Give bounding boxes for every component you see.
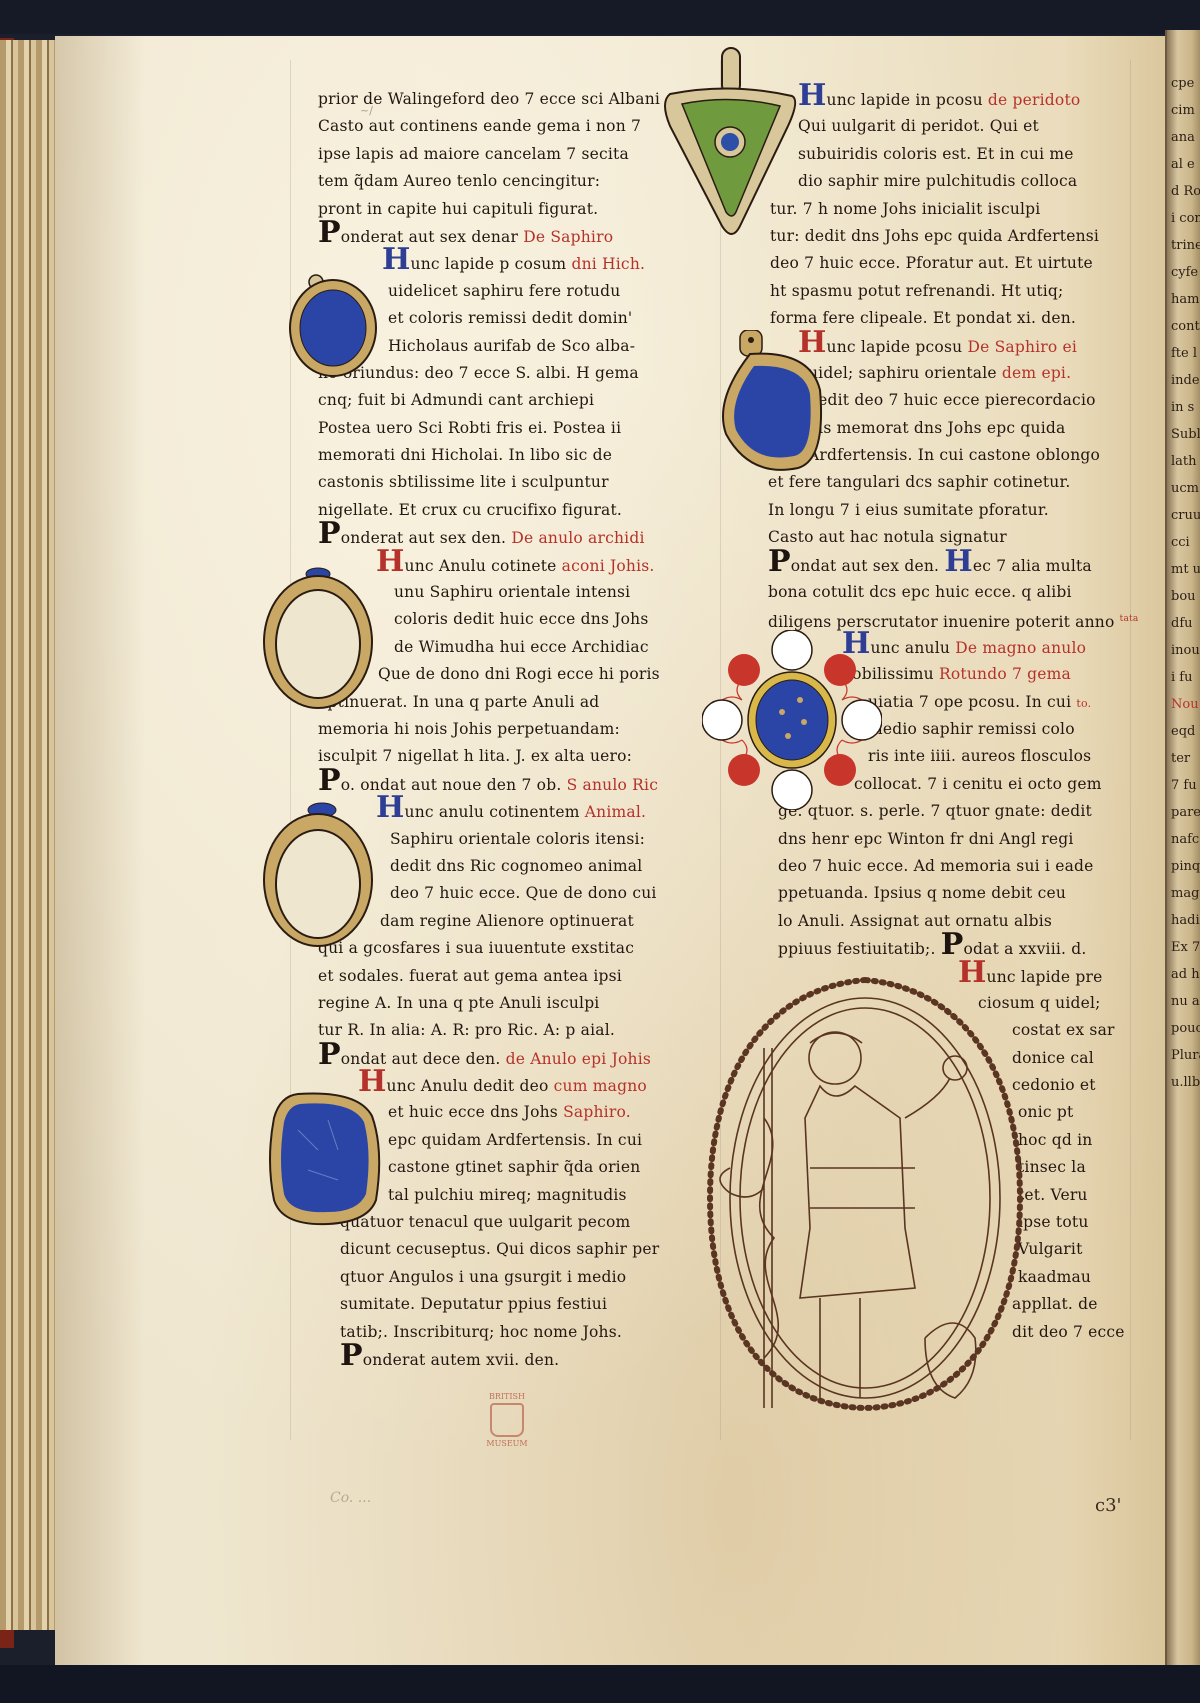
text-line: Po. ondat aut noue den 7 ob. S anulo Ric [318, 771, 660, 798]
text-line: tem q̃dam Aureo tenlo cencingitur: [318, 168, 660, 195]
rubric: Rotundo 7 gema [939, 665, 1071, 683]
peridot-pendant-illustration [660, 46, 800, 246]
foliation-mark: c3' [1095, 1495, 1121, 1516]
text-line: Ponderat aut sex denar De Saphiro [318, 223, 660, 250]
initial-capital: P [340, 1338, 363, 1373]
gutter-shadow [55, 36, 145, 1666]
initial-capital: P [318, 516, 341, 551]
text-line: dicunt cecuseptus. Qui dicos saphir per [318, 1236, 660, 1263]
great-ring-illustration [702, 630, 882, 810]
text-line: deo 7 huic ecce. Ad memoria sui i eade [778, 853, 1138, 880]
text-line: regine A. In una q pte Anuli isculpi [318, 990, 660, 1017]
text-line: subuiridis coloris est. Et in cui me [798, 141, 1138, 168]
text-line: In longu 7 i eius sumitate pforatur. [768, 497, 1138, 524]
text-line: Casto aut continens eande gema i non 7 [318, 113, 660, 140]
initial-capital: P [768, 544, 791, 579]
rubric: de peridoto [988, 91, 1081, 109]
text-line: Ardfertensis. In cui castone oblongo [798, 442, 1138, 469]
rubric: De Saphiro [523, 228, 613, 246]
initial-capital: P [318, 763, 341, 798]
page-edges-left [0, 40, 60, 1630]
square-sapphire-ring-illustration [268, 1090, 388, 1230]
triangular-sapphire-pendant-illustration [720, 330, 830, 480]
text-line: bona cotulit dcs epc huic ecce. q alibi [768, 579, 1138, 606]
text-line: Qui uulgarit di peridot. Qui et [798, 113, 1138, 140]
rubric: tata [1120, 614, 1139, 624]
initial-capital: H [944, 544, 973, 579]
text-line: castonis sbtilissime lite i sculpuntur [318, 469, 660, 496]
rubric: aconi Johis. [562, 557, 655, 575]
text-line: ipse lapis ad maiore cancelam 7 secita [318, 141, 660, 168]
text-line: uidel; saphiru orientale dem epi. [798, 360, 1138, 387]
text-line: tur. 7 h nome Johs inicialit isculpi [770, 196, 1138, 223]
adjacent-page-text: cpecimana al ed Robi cond trinecyfeham c… [1171, 70, 1200, 1096]
text-line: dns henr epc Winton fr dni Angl regi [778, 826, 1138, 853]
text-line: Pondat aut sex den. Hec 7 alia multa [768, 552, 1138, 579]
ruling-line-left [290, 60, 291, 1440]
text-line: tatib;. Inscribiturq; hoc nome Johs. [318, 1319, 660, 1346]
rubric: de Anulo epi Johis [506, 1050, 651, 1068]
faint-note: Co. ... [330, 1490, 371, 1506]
text-line: ht spasmu potut refrenandi. Ht utiq; [770, 278, 1138, 305]
initial-capital: P [318, 1037, 341, 1072]
text-line: qtuor Angulos i una gsurgit i medio [318, 1264, 660, 1291]
rubric: De magno anulo [955, 639, 1086, 657]
rubric: S anulo Ric [567, 776, 658, 794]
text-line: et sodales. fuerat aut gema antea ipsi [318, 963, 660, 990]
archdeacon-ring-illustration [262, 562, 382, 712]
text-line: Hunc lapide pcosu De Saphiro ei [798, 333, 1138, 360]
text-line: sumitate. Deputatur ppius festiui [318, 1291, 660, 1318]
text-line: ppetuanda. Ipsius q nome debit ceu [778, 880, 1138, 907]
text-line: prior de Walingeford deo 7 ecce sci Alba… [318, 86, 660, 113]
stamp-top-text: BRITISH [476, 1392, 538, 1401]
text-line: memorati dni Hicholai. In libo sic de [318, 442, 660, 469]
rubric: to. [1076, 697, 1091, 710]
text-line: isculpit 7 nigellat h lita. J. ex alta u… [318, 743, 660, 770]
text-line: cnq; fuit bi Admundi cant archiepi [318, 387, 660, 414]
cameo-figure-illustration [700, 968, 1030, 1418]
initial-capital: H [798, 78, 827, 113]
scan-background-top [0, 0, 1200, 34]
text-line: tur R. In alia: A. R: pro Ric. A: p aial… [318, 1017, 660, 1044]
rubric: cum magno [554, 1077, 647, 1095]
crown-icon [490, 1403, 524, 1437]
text-line: dedit deo 7 huic ecce pierecordacio [798, 387, 1138, 414]
text-line: memoria hi nois Johis perpetuandam: [318, 716, 660, 743]
rubric: Saphiro. [563, 1103, 631, 1121]
rubric: dni Hich. [571, 255, 645, 273]
round-sapphire-illustration [288, 270, 388, 380]
rubric: De Saphiro ei [967, 338, 1077, 356]
text-line: pront in capite hui capituli figurat. [318, 196, 660, 223]
scan-background-bottom [0, 1665, 1200, 1703]
ric-ring-illustration [262, 800, 382, 950]
text-line: Postea uero Sci Robti fris ei. Postea ii [318, 415, 660, 442]
text-line: deo 7 huic ecce. Pforatur aut. Et uirtut… [770, 250, 1138, 277]
text-line: dio saphir mire pulchitudis colloca [798, 168, 1138, 195]
rubric: Animal. [585, 803, 646, 821]
text-line: Ponderat autem xvii. den. [318, 1346, 660, 1373]
text-line: Ponderat aut sex den. De anulo archidi [318, 524, 660, 551]
rubric: De anulo archidi [511, 529, 644, 547]
text-line: Hunc lapide in pcosu de peridoto [798, 86, 1138, 113]
british-museum-stamp: BRITISH MUSEUM [476, 1392, 538, 1456]
initial-capital: P [318, 215, 341, 250]
adjacent-page-leaf: cpecimana al ed Robi cond trinecyfeham c… [1165, 30, 1200, 1670]
text-line: tur: dedit dns Johs epc quida Ardfertens… [770, 223, 1138, 250]
text-line: nigellate. Et crux cu crucifixo figurat. [318, 497, 660, 524]
text-line: nis memorat dns Johs epc quida [798, 415, 1138, 442]
rubric: dem epi. [1002, 364, 1071, 382]
stamp-bottom-text: MUSEUM [476, 1439, 538, 1448]
